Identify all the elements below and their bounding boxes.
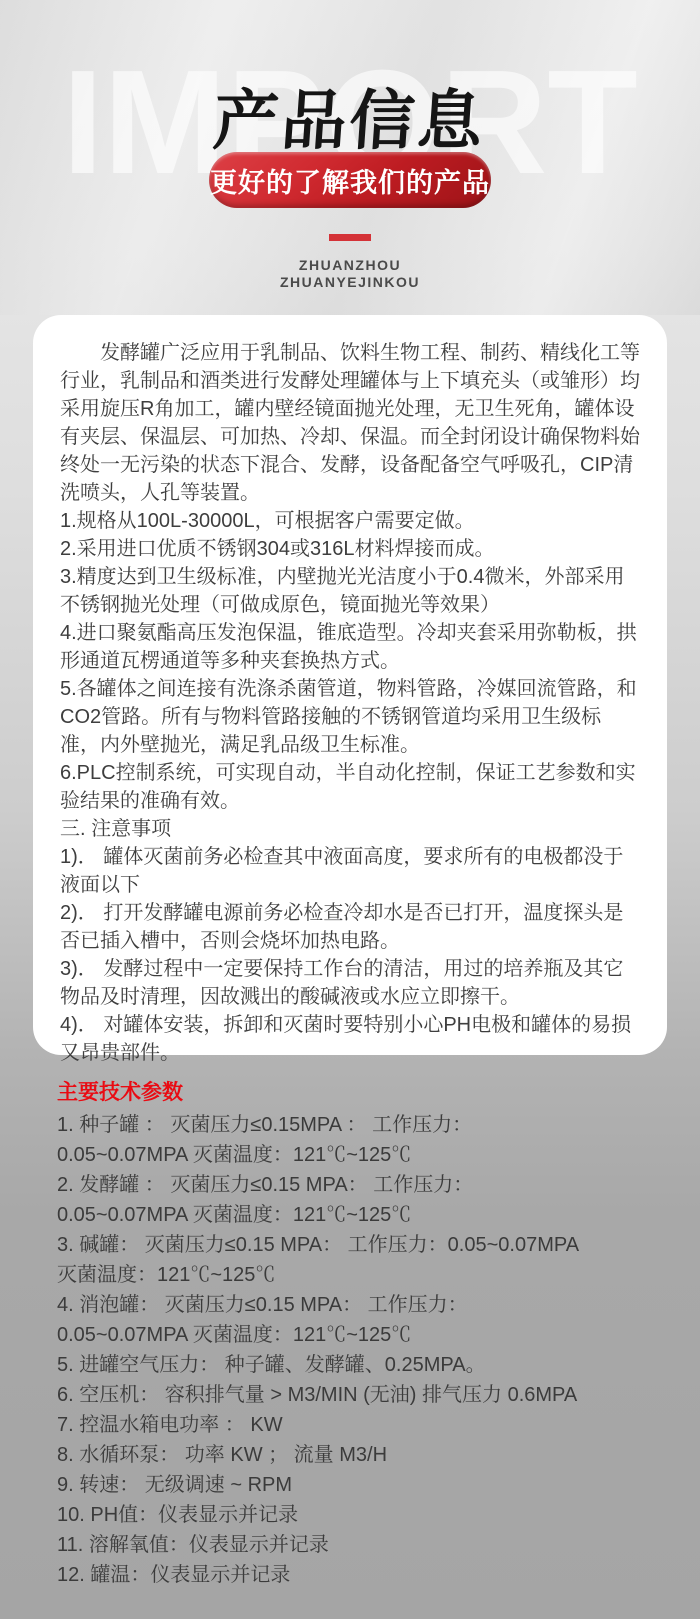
notes-heading: 三. 注意事项 xyxy=(60,815,640,843)
feature-item: 3.精度达到卫生级标准，内壁抛光光洁度小于0.4微米，外部采用不锈钢抛光处理（可… xyxy=(60,563,640,619)
tech-params-section: 主要技术参数 1. 种子罐 ： 灭菌压力≤0.15MPA ： 工作压力：0.05… xyxy=(57,1080,667,1590)
feature-item: 4.进口聚氨酯高压发泡保温，锥底造型。冷却夹套采用弥勒板，拱形通道瓦楞通道等多种… xyxy=(60,619,640,675)
tech-param-line: 8. 水循环泵： 功率 KW ； 流量 M3/H xyxy=(57,1440,667,1470)
red-divider xyxy=(329,234,371,241)
feature-item: 1.规格从100L-30000L，可根据客户需要定做。 xyxy=(60,507,640,535)
brand-line-2: ZHUANYEJINKOU xyxy=(0,274,700,291)
tech-param-line: 6. 空压机： 容积排气量 > M3/MIN (无油) 排气压力 0.6MPA xyxy=(57,1380,667,1410)
tech-param-line: 5. 进罐空气压力： 种子罐、发酵罐、0.25MPA。 xyxy=(57,1350,667,1380)
tech-params-list: 1. 种子罐 ： 灭菌压力≤0.15MPA ： 工作压力：0.05~0.07MP… xyxy=(57,1110,667,1590)
page-title-text: 产品信息 xyxy=(211,68,490,162)
tech-param-line: 3. 碱罐： 灭菌压力≤0.15 MPA： 工作压力：0.05~0.07MPA xyxy=(57,1230,667,1260)
tech-param-line: 7. 控温水箱电功率 ： KW xyxy=(57,1410,667,1440)
tech-param-line: 0.05~0.07MPA 灭菌温度：121℃~125℃ xyxy=(57,1200,667,1230)
subtitle-text: 更好的了解我们的产品 xyxy=(210,161,490,200)
header: IMPORT 产品信息 更好的了解我们的产品 ZHUANZHOU ZHUANYE… xyxy=(0,0,700,315)
note-item: 2)． 打开发酵罐电源前务必检查冷却水是否已打开，温度探头是否已插入槽中，否则会… xyxy=(60,899,640,955)
brand-line-1: ZHUANZHOU xyxy=(0,257,700,274)
description-card: 发酵罐广泛应用于乳制品、饮料生物工程、制药、精线化工等行业，乳制品和酒类进行发酵… xyxy=(33,315,667,1055)
tech-param-line: 12. 罐温：仪表显示并记录 xyxy=(57,1560,667,1590)
tech-param-line: 4. 消泡罐： 灭菌压力≤0.15 MPA： 工作压力： xyxy=(57,1290,667,1320)
subtitle-banner: 更好的了解我们的产品 xyxy=(209,152,491,208)
tech-param-line: 9. 转速： 无级调速 ~ RPM xyxy=(57,1470,667,1500)
brand-block: ZHUANZHOU ZHUANYEJINKOU xyxy=(0,257,700,291)
tech-params-heading: 主要技术参数 xyxy=(57,1080,667,1106)
tech-param-line: 0.05~0.07MPA 灭菌温度：121℃~125℃ xyxy=(57,1140,667,1170)
note-item: 3)． 发酵过程中一定要保持工作台的清洁，用过的培养瓶及其它物品及时清理，因故溅… xyxy=(60,955,640,1011)
tech-param-line: 灭菌温度：121℃~125℃ xyxy=(57,1260,667,1290)
tech-param-line: 0.05~0.07MPA 灭菌温度：121℃~125℃ xyxy=(57,1320,667,1350)
notes-list: 1)． 罐体灭菌前务必检查其中液面高度，要求所有的电极都没于液面以下2)． 打开… xyxy=(60,843,640,1067)
product-info-page: IMPORT 产品信息 更好的了解我们的产品 ZHUANZHOU ZHUANYE… xyxy=(0,0,700,1619)
feature-item: 5.各罐体之间连接有洗涤杀菌管道，物料管路，冷媒回流管路，和CO2管路。所有与物… xyxy=(60,675,640,759)
intro-paragraph: 发酵罐广泛应用于乳制品、饮料生物工程、制药、精线化工等行业，乳制品和酒类进行发酵… xyxy=(60,339,640,507)
tech-param-line: 2. 发酵罐 ： 灭菌压力≤0.15 MPA： 工作压力： xyxy=(57,1170,667,1200)
tech-param-line: 1. 种子罐 ： 灭菌压力≤0.15MPA ： 工作压力： xyxy=(57,1110,667,1140)
note-item: 1)． 罐体灭菌前务必检查其中液面高度，要求所有的电极都没于液面以下 xyxy=(60,843,640,899)
page-title: 产品信息 xyxy=(0,68,700,162)
feature-list: 1.规格从100L-30000L，可根据客户需要定做。2.采用进口优质不锈钢30… xyxy=(60,507,640,815)
feature-item: 6.PLC控制系统，可实现自动，半自动化控制，保证工艺参数和实验结果的准确有效。 xyxy=(60,759,640,815)
note-item: 4)． 对罐体安装，拆卸和灭菌时要特别小心PH电极和罐体的易损又昂贵部件。 xyxy=(60,1011,640,1067)
tech-param-line: 11. 溶解氧值：仪表显示并记录 xyxy=(57,1530,667,1560)
feature-item: 2.采用进口优质不锈钢304或316L材料焊接而成。 xyxy=(60,535,640,563)
tech-param-line: 10. PH值：仪表显示并记录 xyxy=(57,1500,667,1530)
